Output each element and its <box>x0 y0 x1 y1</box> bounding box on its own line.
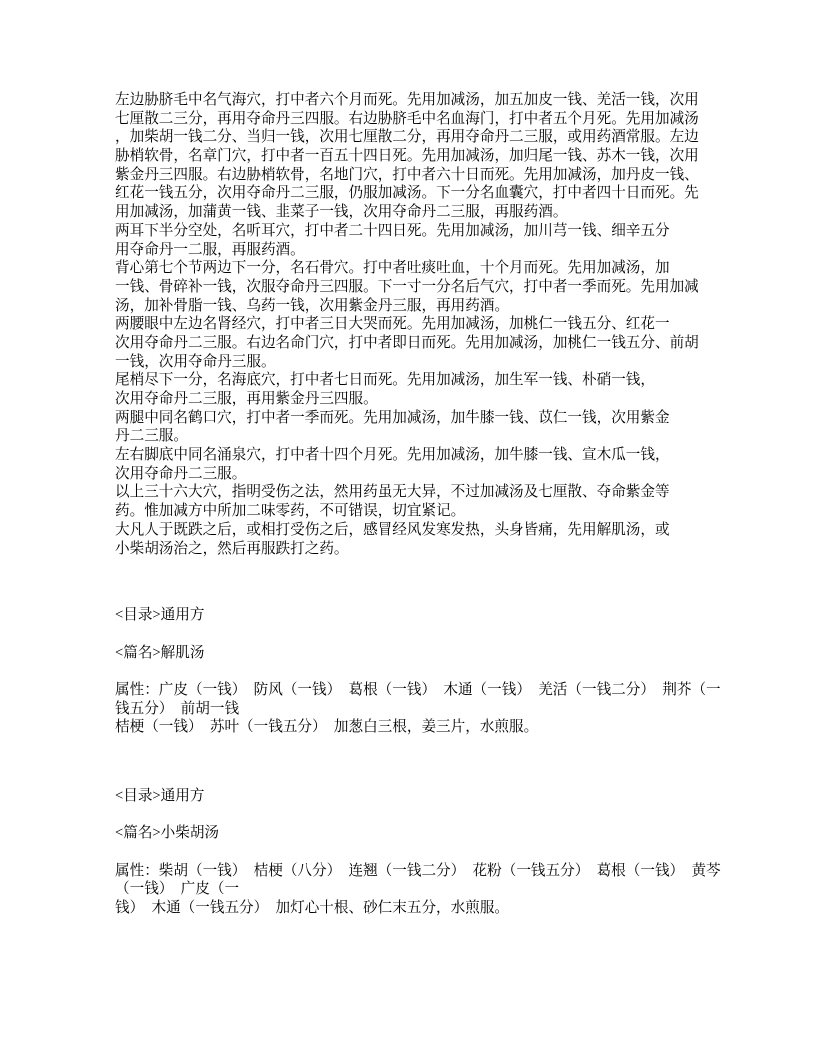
text-line: 两腰眼中左边名肾经穴，打中者三日大哭而死。先用加减汤，加桃仁一钱五分、红花一 <box>115 315 716 334</box>
text-line: 用加减汤，加蒲黄一钱、韭菜子一钱，次用夺命丹二三服，再服药酒。 <box>115 203 716 222</box>
text-line: 背心第七个节两边下一分，名石骨穴。打中者吐痰吐血，十个月而死。先用加减汤，加 <box>115 259 716 278</box>
text-line: 钱） 木通（一钱五分） 加灯心十根、砂仁末五分，水煎服。 <box>115 899 716 918</box>
text-line: 属性：柴胡（一钱） 桔梗（八分） 连翘（一钱二分） 花粉（一钱五分） 葛根（一钱… <box>115 862 716 881</box>
blank-line <box>115 806 716 825</box>
text-line: 大凡人于既跌之后，或相打受伤之后，感冒经风发寒发热，头身皆痛，先用解肌汤，或 <box>115 521 716 540</box>
title-line: <篇名>小柴胡汤 <box>115 824 716 843</box>
text-line: 紫金丹三四服。右边胁梢软骨，名地门穴，打中者六十日而死。先用加减汤，加丹皮一钱、 <box>115 166 716 185</box>
text-line: 汤，加补骨脂一钱、乌药一钱，次用紫金丹三服，再用药酒。 <box>115 297 716 316</box>
acupoint-paragraph: 左边胁脐毛中名气海穴，打中者六个月而死。先用加减汤，加五加皮一钱、羌活一钱，次用… <box>115 91 716 558</box>
text-line: 钱五分） 前胡一钱 <box>115 700 716 719</box>
text-line: 次用夺命丹二三服，再用紫金丹三四服。 <box>115 390 716 409</box>
text-line: 次用夺命丹二三服。 <box>115 465 716 484</box>
text-line: 桔梗（一钱） 苏叶（一钱五分） 加葱白三根，姜三片，水煎服。 <box>115 718 716 737</box>
text-line: 次用夺命丹二三服。右边名命门穴，打中者即日而死。先用加减汤，加桃仁一钱五分、前胡 <box>115 334 716 353</box>
text-line: 左右脚底中同名涌泉穴，打中者十四个月死。先用加减汤，加牛膝一钱、宣木瓜一钱， <box>115 446 716 465</box>
blank-line <box>115 662 716 681</box>
section-jieji-tang: <目录>通用方 <篇名>解肌汤 属性：广皮（一钱） 防风（一钱） 葛根（一钱） … <box>115 606 716 737</box>
text-line: 属性：广皮（一钱） 防风（一钱） 葛根（一钱） 木通（一钱） 羌活（一钱二分） … <box>115 681 716 700</box>
toc-line: <目录>通用方 <box>115 606 716 625</box>
text-line: 药。惟加减方中所加二味零药，不可错误，切宜紧记。 <box>115 502 716 521</box>
section-xiaochaihu-tang: <目录>通用方 <篇名>小柴胡汤 属性：柴胡（一钱） 桔梗（八分） 连翘（一钱二… <box>115 787 716 918</box>
text-line: 七厘散二三分，再用夺命丹三四服。右边胁脐毛中名血海门，打中者五个月死。先用加减汤 <box>115 110 716 129</box>
text-line: （一钱） 广皮（一 <box>115 880 716 899</box>
text-line: 红花一钱五分，次用夺命丹二三服，仍服加减汤。下一分名血囊穴，打中者四十日而死。先 <box>115 184 716 203</box>
text-line: 一钱，次用夺命丹三服。 <box>115 353 716 372</box>
blank-line <box>115 625 716 644</box>
title-line: <篇名>解肌汤 <box>115 644 716 663</box>
blank-line <box>115 843 716 862</box>
text-line: 丹二三服。 <box>115 427 716 446</box>
text-line: 尾梢尽下一分，名海底穴，打中者七日而死。先用加减汤，加生军一钱、朴硝一钱， <box>115 371 716 390</box>
text-line: 胁梢软骨，名章门穴，打中者一百五十四日死。先用加减汤，加归尾一钱、苏木一钱，次用 <box>115 147 716 166</box>
section-spacer <box>115 737 716 787</box>
text-line: 左边胁脐毛中名气海穴，打中者六个月而死。先用加减汤，加五加皮一钱、羌活一钱，次用 <box>115 91 716 110</box>
text-line: 小柴胡汤治之，然后再服跌打之药。 <box>115 540 716 559</box>
text-line: 一钱、骨碎补一钱，次服夺命丹三四服。下一寸一分名后气穴，打中者一季而死。先用加减 <box>115 278 716 297</box>
text-line: 用夺命丹一二服，再服药酒。 <box>115 241 716 260</box>
text-line: ，加柴胡一钱二分、当归一钱，次用七厘散二分，再用夺命丹二三服，或用药酒常服。左边 <box>115 128 716 147</box>
text-line: 两耳下半分空处，名听耳穴，打中者二十四日死。先用加减汤，加川芎一钱、细辛五分 <box>115 222 716 241</box>
toc-line: <目录>通用方 <box>115 787 716 806</box>
text-line: 两腿中同名鹤口穴，打中者一季而死。先用加减汤，加牛膝一钱、苡仁一钱，次用紫金 <box>115 409 716 428</box>
document-page: 左边胁脐毛中名气海穴，打中者六个月而死。先用加减汤，加五加皮一钱、羌活一钱，次用… <box>0 0 816 1056</box>
section-spacer <box>115 558 716 606</box>
text-line: 以上三十六大穴，指明受伤之法，然用药虽无大异，不过加减汤及七厘散、夺命紫金等 <box>115 483 716 502</box>
